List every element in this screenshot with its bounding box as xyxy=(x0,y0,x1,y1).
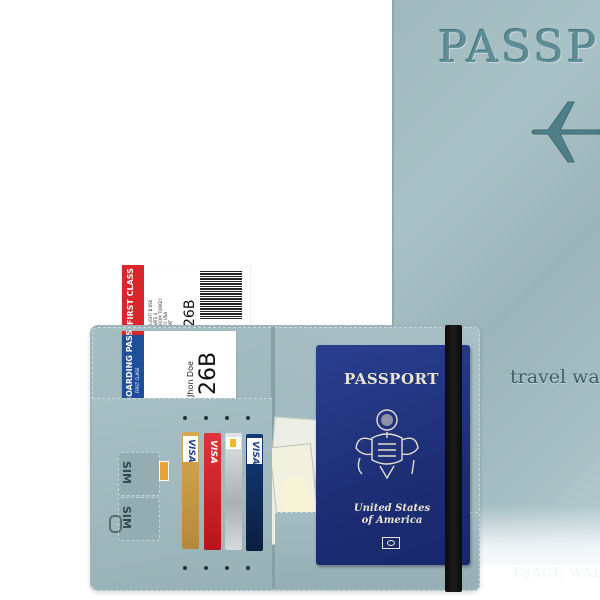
ticket-band-label: BOARDING PASS xyxy=(125,330,134,403)
sim-slot: SIM xyxy=(118,452,160,496)
sim-slot: SIM xyxy=(118,497,160,541)
slot-rivet xyxy=(246,416,250,420)
passport-title: PASSPORT xyxy=(344,370,439,388)
first-class-ticket: FIRST CLASS FLIGHT B 8S6 GATE 4 FROM TUR… xyxy=(122,265,250,331)
blue-card: VISA xyxy=(246,434,263,551)
barcode-icon xyxy=(200,271,242,319)
card-logo-icon xyxy=(226,437,241,449)
country-line: of America xyxy=(340,515,444,527)
slot-rivet xyxy=(204,416,208,420)
cover-reflection-text: TSAGE WAL xyxy=(512,566,600,581)
slot-rivet xyxy=(225,416,229,420)
country-line: United States xyxy=(340,503,444,515)
slot-rivet xyxy=(204,566,208,570)
cover-tagline: travel wal xyxy=(510,366,600,388)
boarding-pass: BOARDING PASS FIRST CLASS Jhon Doe 26B xyxy=(122,331,236,401)
info-line: TAT xyxy=(168,271,173,327)
ticket-band-label: FIRST CLASS xyxy=(126,268,135,325)
sim-eject-pin-icon xyxy=(109,515,122,533)
visa-logo-icon: VISA xyxy=(205,437,220,463)
seat-number: 26B xyxy=(196,352,221,395)
sim-label: SIM xyxy=(120,461,133,484)
slot-rivet xyxy=(225,566,229,570)
slot-rivet xyxy=(183,416,187,420)
visa-logo-icon: VISA xyxy=(247,438,262,464)
eagle-seal-icon xyxy=(352,408,422,484)
red-card: VISA xyxy=(204,433,221,550)
passenger-name: Jhon Doe xyxy=(186,361,195,397)
passport-country: United States of America xyxy=(340,503,444,527)
visa-logo-icon: VISA xyxy=(183,436,198,462)
slot-rivet xyxy=(246,566,250,570)
ticket-band: BOARDING PASS FIRST CLASS xyxy=(122,331,144,405)
card-brand: VISA xyxy=(250,441,260,465)
sim-card-icon xyxy=(159,461,169,481)
ticket-band-sublabel: FIRST CLASS xyxy=(135,368,140,393)
elastic-strap xyxy=(445,325,462,592)
card-brand: VISA xyxy=(208,440,218,464)
cover-embossed-title: PASSPO xyxy=(438,22,600,73)
slot-rivet xyxy=(183,566,187,570)
card-brand: VISA xyxy=(186,439,196,463)
airplane-icon xyxy=(530,96,600,166)
biometric-chip-icon xyxy=(382,537,400,549)
flight-info: FLIGHT B 8S6 GATE 4 FROM TURKEY TO USA T… xyxy=(148,271,173,327)
seat-number: 26B xyxy=(182,300,198,327)
ticket-band: FIRST CLASS xyxy=(122,265,144,331)
gold-card: VISA xyxy=(182,432,199,549)
silver-card xyxy=(225,433,242,550)
